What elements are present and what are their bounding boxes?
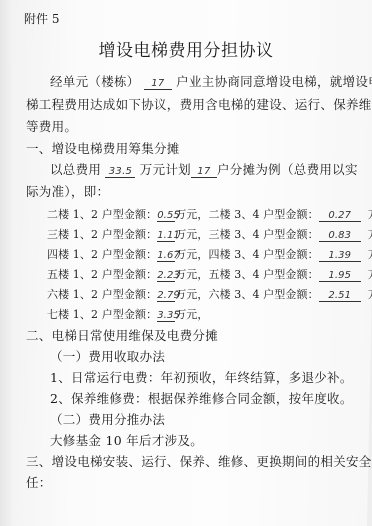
document-title: 增设电梯费用分担协议 bbox=[0, 36, 372, 61]
allocation-row: 七楼 1、2 户型金额：3.35万元， bbox=[47, 306, 209, 322]
allocation-row: 三楼 1、2 户型金额：1.11万元，三楼 3、4 户型金额：0.83 万元。 bbox=[47, 226, 372, 242]
handwritten-households: 17 bbox=[144, 78, 172, 90]
intro-line-2: 梯工程费用达成如下协议，费用含电梯的建设、运行、保养维修 bbox=[26, 95, 372, 113]
annex-label: 附件 5 bbox=[24, 10, 59, 27]
section-2-heading: 二、电梯日常使用维保及电费分摊 bbox=[26, 326, 218, 344]
section-1-heading: 一、增设电梯费用筹集分摊 bbox=[26, 139, 180, 157]
section-3-heading: 三、增设电梯安装、运行、保养、维修、更换期间的相关安全责 bbox=[26, 452, 372, 470]
allocation-row: 二楼 1、2 户型金额：0.55万元，二楼 3、4 户型金额：0.27 万元。 bbox=[47, 206, 372, 222]
section-2-fund: 大修基金 10 年后才涉及。 bbox=[50, 431, 203, 449]
intro-line-3: 等费用。 bbox=[26, 117, 77, 135]
section-2-sub-1: （一）费用收取办法 bbox=[50, 347, 165, 365]
allocation-row: 五楼 1、2 户型金额：2.23万元，五楼 3、4 户型金额：1.95 万元。 bbox=[47, 266, 372, 282]
handwritten-total-cost: 33.5 bbox=[105, 166, 135, 178]
section-2-item-2: 2、保养维修费：根据保养维修合同金额，按年度收。 bbox=[50, 389, 353, 407]
intro-line-1: 经单元（楼栋） 17 户业主协商同意增设电梯，就增设电 bbox=[50, 72, 372, 90]
section-3-heading-line-2: 任： bbox=[26, 473, 52, 491]
section-2-sub-2: （二）费用分推办法 bbox=[50, 410, 165, 428]
allocation-row: 六楼 1、2 户型金额：2.79万元，六楼 3、4 户型金额：2.51 万元。 bbox=[47, 286, 372, 302]
document: 附件 5 增设电梯费用分担协议 经单元（楼栋） 17 户业主协商同意增设电梯，就… bbox=[0, 0, 372, 526]
section-1-sentence-line-2: 际为准），即： bbox=[26, 182, 109, 200]
handwritten-household-count: 17 bbox=[191, 166, 217, 178]
section-1-sentence: 以总费用 33.5 万元计划17户分摊为例（总费用以实 bbox=[50, 160, 358, 178]
section-2-item-1: 1、日常运行电费：年初预收，年终结算，多退少补。 bbox=[50, 368, 353, 386]
allocation-row: 四楼 1、2 户型金额：1.67万元，四楼 3、4 户型金额：1.39 万元。 bbox=[47, 246, 372, 262]
